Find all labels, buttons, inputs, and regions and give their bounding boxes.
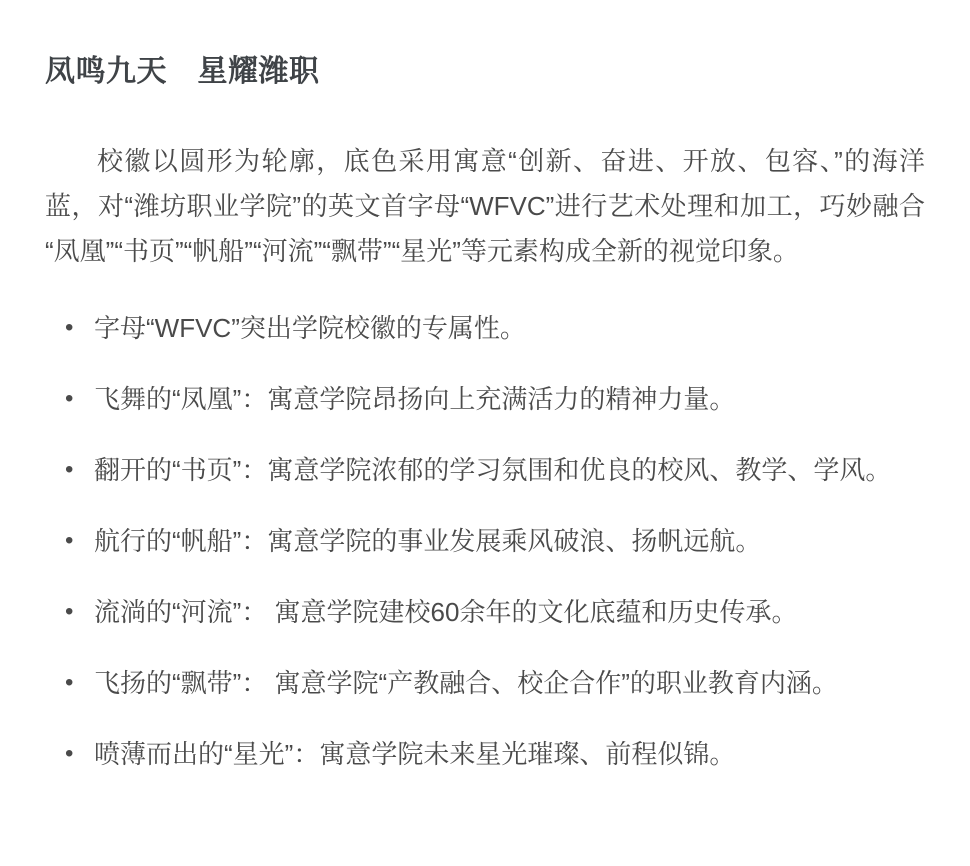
bullet-text: 流淌的“河流”： 寓意学院建校60余年的文化底蕴和历史传承。 [94, 594, 925, 630]
bullet-text: 翻开的“书页”：寓意学院浓郁的学习氛围和优良的校风、教学、学风。 [94, 452, 925, 488]
bullet-icon: • [65, 665, 94, 701]
bullet-text: 喷薄而出的“星光”：寓意学院未来星光璀璨、前程似锦。 [94, 736, 925, 772]
list-item: • 飞舞的“凤凰”：寓意学院昂扬向上充满活力的精神力量。 [65, 381, 925, 417]
bullet-text: 航行的“帆船”：寓意学院的事业发展乘风破浪、扬帆远航。 [94, 523, 925, 559]
bullet-text: 飞扬的“飘带”： 寓意学院“产教融合、校企合作”的职业教育内涵。 [94, 665, 925, 701]
bullet-icon: • [65, 736, 94, 772]
list-item: • 翻开的“书页”：寓意学院浓郁的学习氛围和优良的校风、教学、学风。 [65, 452, 925, 488]
bullet-icon: • [65, 452, 94, 488]
bullet-text: 飞舞的“凤凰”：寓意学院昂扬向上充满活力的精神力量。 [94, 381, 925, 417]
bullet-icon: • [65, 523, 94, 559]
page-title: 凤鸣九天 星耀潍职 [45, 54, 925, 90]
list-item: • 字母“WFVC”突出学院校徽的专属性。 [65, 310, 925, 346]
intro-paragraph: 校徽以圆形为轮廓，底色采用寓意“创新、奋进、开放、包容、”的海洋蓝，对“潍坊职业… [45, 139, 925, 274]
bullet-icon: • [65, 310, 94, 346]
list-item: • 喷薄而出的“星光”：寓意学院未来星光璀璨、前程似锦。 [65, 736, 925, 772]
document-page: 凤鸣九天 星耀潍职 校徽以圆形为轮廓，底色采用寓意“创新、奋进、开放、包容、”的… [0, 0, 970, 866]
bullet-icon: • [65, 594, 94, 630]
list-item: • 飞扬的“飘带”： 寓意学院“产教融合、校企合作”的职业教育内涵。 [65, 665, 925, 701]
bullet-list: • 字母“WFVC”突出学院校徽的专属性。 • 飞舞的“凤凰”：寓意学院昂扬向上… [45, 310, 925, 772]
bullet-text: 字母“WFVC”突出学院校徽的专属性。 [94, 310, 925, 346]
list-item: • 航行的“帆船”：寓意学院的事业发展乘风破浪、扬帆远航。 [65, 523, 925, 559]
bullet-icon: • [65, 381, 94, 417]
list-item: • 流淌的“河流”： 寓意学院建校60余年的文化底蕴和历史传承。 [65, 594, 925, 630]
